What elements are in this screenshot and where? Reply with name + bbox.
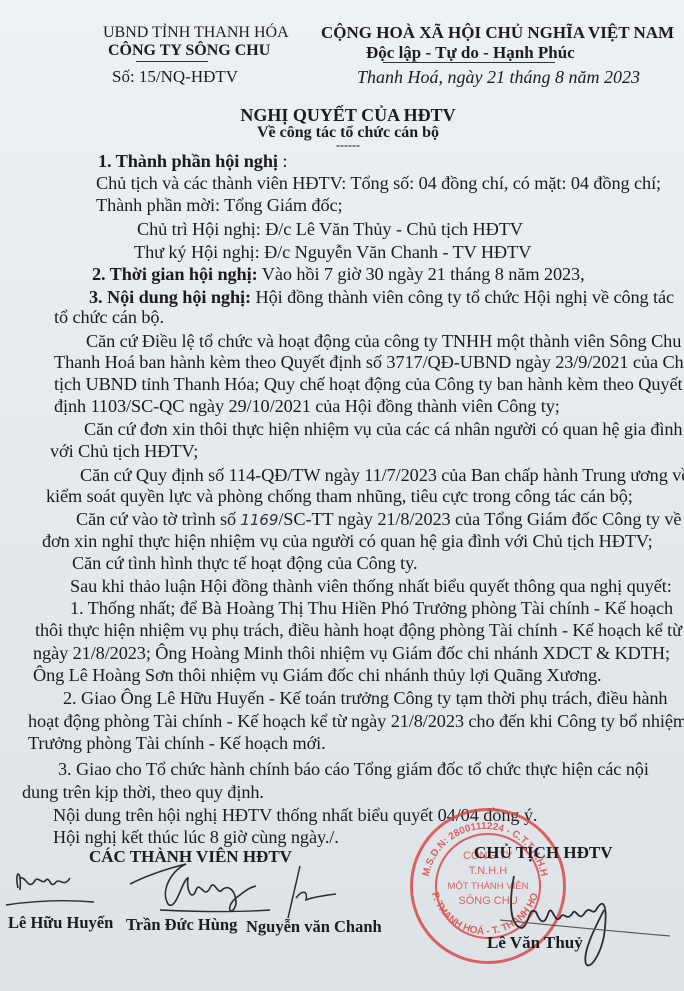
member-name-2: Trần Đức Hùng	[126, 915, 237, 935]
body-line: hoạt động phòng Tài chính - Kế hoạch kể …	[28, 711, 684, 732]
body-line: Căn cứ đơn xin thôi thực hiện nhiệm vụ c…	[84, 419, 682, 440]
section-3-heading: 3. Nội dung hội nghị:	[89, 287, 251, 307]
body-line: với Chủ tịch HĐTV;	[50, 441, 198, 462]
motto-underline	[383, 62, 555, 63]
section-2-heading: 2. Thời gian hội nghị:	[92, 264, 258, 284]
body-line: tịch UBND tỉnh Thanh Hóa; Quy chế hoạt đ…	[54, 374, 682, 395]
body-line-part: Căn cứ vào tờ trình số	[76, 509, 241, 529]
company-name: CÔNG TY SÔNG CHU	[108, 42, 270, 60]
chair-name: Lê Văn Thuỷ	[487, 933, 583, 953]
section-1-invited: Thành phần mời: Tổng Giám đốc;	[96, 195, 342, 216]
document-title: NGHỊ QUYẾT CỦA HĐTV	[0, 105, 684, 126]
body-line: định 1103/SC-QC ngày 29/10/2021 của Hội …	[54, 396, 560, 417]
section-3-text-cont: tổ chức cán bộ.	[54, 307, 164, 328]
document-number: Số: 15/NQ-HĐTV	[112, 67, 238, 87]
company-underline	[136, 61, 208, 62]
chair-signature	[500, 866, 684, 976]
section-1-heading-suffix: :	[278, 151, 287, 171]
member-name-3: Nguyễn văn Chanh	[246, 917, 382, 937]
issuing-authority: UBND TỈNH THANH HÓA	[103, 24, 289, 42]
body-line: thôi thực hiện nhiệm vụ phụ trách, điều …	[35, 620, 682, 641]
chair-title: CHỦ TỊCH HĐTV	[474, 843, 613, 863]
place-date: Thanh Hoá, ngày 21 tháng 8 năm 2023	[357, 67, 640, 88]
section-1-heading: 1. Thành phần hội nghị :	[98, 151, 287, 172]
body-line: ngày 21/8/2023; Ông Hoàng Minh thôi nhiệ…	[33, 643, 670, 664]
section-1-chair: Chủ trì Hội nghị: Đ/c Lê Văn Thủy - Chủ …	[137, 219, 523, 240]
body-line: kiểm soát quyền lực và phòng chống tham …	[46, 486, 633, 507]
handwritten-number: 1169	[241, 511, 279, 529]
section-2-text: Vào hồi 7 giờ 30 ngày 21 tháng 8 năm 202…	[258, 264, 585, 284]
body-line: 2. Giao Ông Lê Hữu Huyến - Kế toán trưởn…	[63, 688, 667, 709]
body-line: Căn cứ Điều lệ tổ chức và hoạt động của …	[86, 331, 681, 352]
body-line: 1. Thống nhất; để Bà Hoàng Thị Thu Hiền …	[70, 598, 673, 619]
body-line: Trưởng phòng Tài chính - Kế hoạch mới.	[28, 733, 326, 754]
national-title: CỘNG HOÀ XÃ HỘI CHỦ NGHĨA VIỆT NAM	[321, 23, 674, 43]
document-page: UBND TỈNH THANH HÓA CÔNG TY SÔNG CHU Số:…	[0, 0, 684, 991]
section-2: 2. Thời gian hội nghị: Vào hồi 7 giờ 30 …	[92, 264, 585, 285]
section-1-members: Chủ tịch và các thành viên HĐTV: Tổng số…	[96, 173, 661, 194]
section-3: 3. Nội dung hội nghị: Hội đồng thành viê…	[89, 287, 674, 308]
body-line: Hội nghị kết thúc lúc 8 giờ cùng ngày./.	[53, 827, 339, 848]
section-3-text: Hội đồng thành viên công ty tổ chức Hội …	[251, 287, 674, 307]
section-1-heading-text: 1. Thành phần hội nghị	[98, 151, 278, 171]
section-1-secretary: Thư ký Hội nghị: Đ/c Nguyễn Văn Chanh - …	[134, 242, 531, 263]
body-line-part: /SC-TT ngày 21/8/2023 của Tổng Giám đốc …	[278, 509, 681, 529]
body-line: Căn cứ vào tờ trình số 1169/SC-TT ngày 2…	[76, 509, 681, 530]
body-line: Căn cứ Quy định số 114-QĐ/TW ngày 11/7/2…	[80, 465, 684, 486]
body-line: dung trên kịp thời, theo quy định.	[22, 782, 264, 803]
body-line: Thanh Hoá ban hành kèm theo Quyết định s…	[54, 352, 684, 373]
body-line: đơn xin nghỉ thực hiện nhiệm vụ của ngườ…	[42, 531, 653, 552]
body-line: 3. Giao cho Tổ chức hành chính báo cáo T…	[58, 759, 649, 780]
body-line: Căn cứ tình hình thực tế hoạt động của C…	[72, 553, 417, 574]
body-line: Sau khi thảo luận Hội đồng thành viên th…	[70, 576, 672, 597]
body-line: Ông Lê Hoàng Sơn thôi nhiệm vụ Giám đốc …	[33, 665, 602, 686]
member-name-1: Lê Hữu Huyến	[8, 913, 113, 933]
national-motto: Độc lập - Tự do - Hạnh Phúc	[366, 43, 575, 63]
